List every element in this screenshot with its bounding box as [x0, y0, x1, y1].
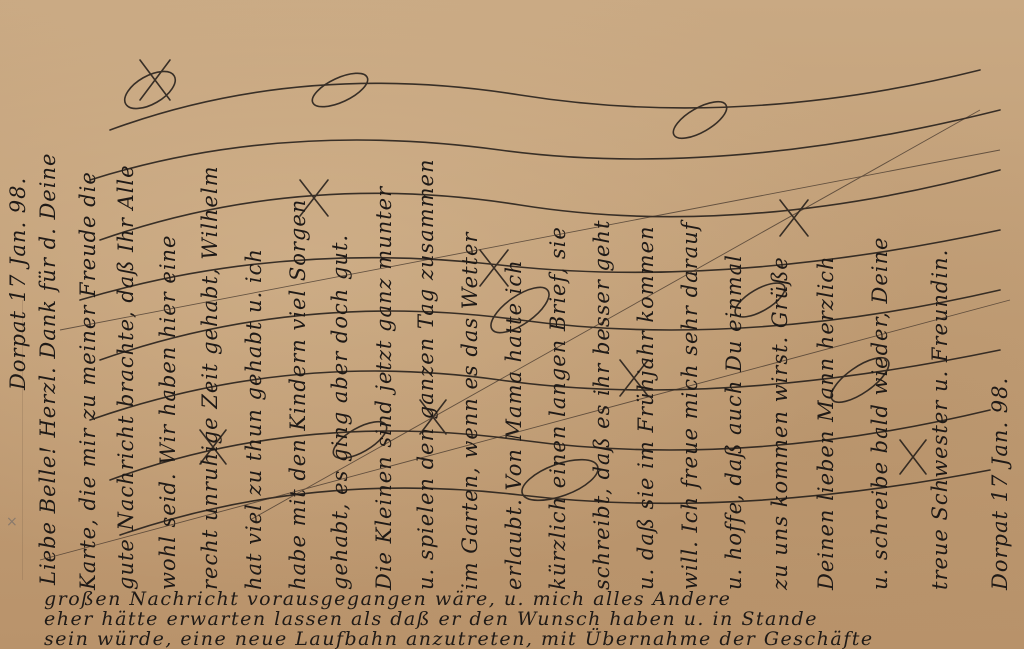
vertical-line: Deinen lieben Mann herzlich [816, 255, 837, 590]
vertical-line: gute Nachricht brachte, daß Ihr Alle [116, 164, 137, 590]
vertical-line: schreibt, daß es ihr besser geht [592, 220, 613, 590]
vertical-line: u. daß sie im Frühjahr kommen [636, 225, 657, 590]
vertical-line: Dorpat 17 Jan. 98. [8, 177, 29, 390]
vertical-line: wohl seid. Wir haben hier eine [158, 235, 179, 591]
vertical-line: Die Kleinen sind jetzt ganz munter [374, 186, 395, 590]
vertical-line: erlaubt. Von Mama hatte ich [504, 259, 525, 590]
vertical-line: u. schreibe bald wieder, Deine [870, 237, 891, 590]
postcard: Dorpat 17 Jan. 98. Liebe Belle! Herzl. D… [0, 0, 1024, 649]
vertical-writing: Dorpat 17 Jan. 98. Liebe Belle! Herzl. D… [0, 0, 1024, 649]
bottom-line: großen Nachricht vorausgegangen wäre, u.… [44, 588, 731, 610]
vertical-line: Liebe Belle! Herzl. Dank für d. Deine [38, 153, 59, 585]
vertical-line: im Garten, wenn es das Wetter [460, 232, 481, 590]
vertical-line: zu uns kommen wirst. Grüße [770, 256, 791, 590]
vertical-line: treue Schwester u. Freundin. [930, 249, 951, 590]
vertical-line: Karte, die mir zu meiner Freude die [78, 171, 99, 590]
vertical-line: hat viel zu thun gehabt u. ich [244, 248, 265, 590]
vertical-line: kürzlich einen langen Brief, sie [548, 226, 569, 590]
vertical-line: recht unruhige Zeit gehabt, Wilhelm [200, 166, 221, 591]
vertical-line: Dorpat 17 Jan. 98. [990, 377, 1011, 590]
vertical-line: u. hoffe, daß auch Du einmal [724, 254, 745, 590]
vertical-line: gehabt, es ging aber doch gut. [330, 234, 351, 590]
bottom-line: eher hätte erwarten lassen als daß er de… [44, 608, 818, 630]
margin-mark: × [6, 514, 18, 530]
bottom-line: sein würde, eine neue Laufbahn anzutrete… [44, 628, 874, 649]
vertical-line: habe mit den Kindern viel Sorgen [288, 199, 309, 590]
vertical-line: u. spielen den ganzen Tag zusammen [416, 158, 437, 590]
vertical-line: will. Ich freue mich sehr darauf [680, 222, 701, 590]
